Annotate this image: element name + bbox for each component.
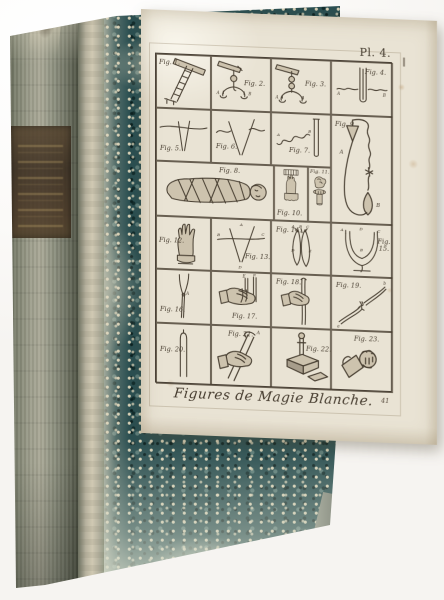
svg-text:D: D	[237, 264, 242, 269]
engraved-plate: Pl. 4. Fig. 1. A	[141, 9, 437, 445]
paper-edge-mark	[403, 58, 405, 67]
svg-text:B: B	[247, 91, 251, 96]
v-rod-on-rope-icon: A B C D	[212, 219, 270, 272]
figure-label: Fig. 23.	[354, 336, 379, 344]
plate-number: Pl. 4.	[337, 45, 391, 60]
svg-text:A: A	[239, 222, 243, 227]
figure-cell-4: A B Fig. 4.	[331, 61, 393, 117]
figure-cell-21: A Fig. 21.	[211, 325, 271, 388]
figure-label: Fig. 12.	[159, 237, 184, 245]
svg-text:D: D	[290, 248, 295, 253]
figure-cell-12: Fig. 12.	[156, 216, 211, 271]
figure-label: Fig. 7.	[289, 147, 310, 155]
figure-grid: Fig. 1. A B Fig. 2.	[155, 53, 392, 393]
figure-label: Fig. 6.	[216, 143, 237, 151]
figure-label: Fig. 14.	[276, 226, 301, 234]
svg-text:A: A	[216, 90, 220, 95]
figure-cell-15: A D C B Fig. 15.	[331, 223, 393, 278]
figure-cell-19: a b Fig. 19.	[331, 276, 393, 332]
gloved-hand-on-stand-icon	[309, 168, 330, 222]
svg-text:A: A	[276, 132, 280, 137]
spine-label	[11, 126, 71, 238]
figure-cell-1: Fig. 1.	[156, 54, 211, 110]
figure-label: Fig. 1.	[159, 59, 180, 67]
figure-label: Fig. 16.	[160, 306, 185, 314]
svg-text:B: B	[307, 129, 311, 134]
svg-text:A: A	[185, 291, 189, 296]
svg-text:B: B	[216, 232, 220, 237]
hooked-cord-and-tube-icon: A B	[272, 113, 330, 166]
figure-cell-5: Fig. 5.	[156, 108, 211, 163]
svg-text:A: A	[336, 91, 340, 96]
figure-label: Fig. 17.	[232, 313, 257, 321]
svg-text:D: D	[358, 226, 363, 231]
svg-text:C: C	[306, 224, 310, 229]
forked-rod-icon: A	[157, 270, 210, 324]
svg-text:A: A	[256, 330, 261, 336]
figure-cell-17: E F Fig. 17.	[211, 271, 271, 327]
figure-cell-16: A Fig. 16.	[156, 269, 211, 325]
figure-cell-10: Fig. 10.	[274, 165, 308, 221]
tray-and-card-icon	[272, 328, 330, 389]
figure-label: Fig. 13.	[245, 253, 270, 261]
svg-text:F: F	[252, 274, 256, 279]
book-hinge	[78, 6, 104, 592]
figure-label: Fig. 8.	[219, 167, 240, 175]
svg-text:a: a	[337, 323, 340, 328]
figure-cell-14: A B C D E Fig. 14.	[271, 220, 331, 275]
svg-text:b: b	[383, 281, 386, 286]
figure-cell-18: Fig. 18.	[271, 273, 331, 329]
wrapped-mummy-icon	[157, 162, 273, 220]
figure-label: Fig. 9.	[335, 121, 356, 129]
figure-label: Fig. 3.	[305, 81, 326, 89]
figure-label: Fig. 11.	[310, 170, 329, 176]
svg-text:A: A	[340, 227, 344, 232]
figure-cell-23: Fig. 23.	[331, 330, 393, 393]
hairpin-fork-icon	[157, 324, 210, 385]
svg-text:A: A	[339, 150, 344, 156]
svg-text:B: B	[359, 247, 363, 252]
figure-label: Fig. 20.	[160, 346, 185, 354]
narrow-v-rod-on-cord-icon	[157, 109, 210, 162]
figure-cell-11: Fig. 11.	[308, 167, 331, 223]
figure-label: Fig. 18.	[276, 278, 301, 286]
figure-label: Fig. 10.	[277, 209, 302, 217]
svg-text:A: A	[275, 94, 279, 99]
figure-cell-7: A B Fig. 7.	[271, 112, 331, 167]
figure-cell-2: A B Fig. 2.	[211, 56, 271, 112]
svg-text:E: E	[308, 248, 312, 253]
svg-text:E: E	[242, 274, 246, 279]
figure-label: Fig. 2.	[244, 80, 265, 88]
figure-label: Fig. 19.	[336, 282, 361, 290]
svg-text:B: B	[375, 203, 380, 209]
figure-label: Fig. 5.	[160, 145, 181, 153]
svg-text:C: C	[377, 229, 381, 234]
figure-cell-13: A B C D Fig. 13.	[211, 218, 271, 273]
figure-label: Fig. 22.	[306, 346, 331, 354]
figure-label: Fig. 15.	[376, 238, 392, 252]
svg-text:C: C	[261, 232, 265, 237]
wide-v-rod-on-cord-icon	[212, 111, 270, 164]
spindle-cord-and-flask-icon: A B	[332, 116, 392, 224]
figure-cell-8: Fig. 8.	[156, 161, 274, 221]
book-spine	[6, 6, 79, 592]
figure-label: Fig. 21.	[228, 330, 253, 338]
plate-page-number: 41	[381, 397, 389, 405]
figure-cell-22: Fig. 22.	[271, 327, 331, 390]
svg-text:B: B	[382, 92, 386, 97]
photo-stage: Pl. 4. Fig. 1. A	[0, 0, 444, 600]
figure-cell-20: Fig. 20.	[156, 323, 211, 386]
figure-cell-6: Fig. 6.	[211, 110, 271, 165]
figure-cell-3: A Fig. 3.	[271, 58, 331, 114]
figure-label: Fig. 4.	[365, 69, 386, 77]
figure-cell-9: A B Fig. 9.	[331, 115, 393, 225]
spine-headcap-wear	[28, 11, 62, 56]
